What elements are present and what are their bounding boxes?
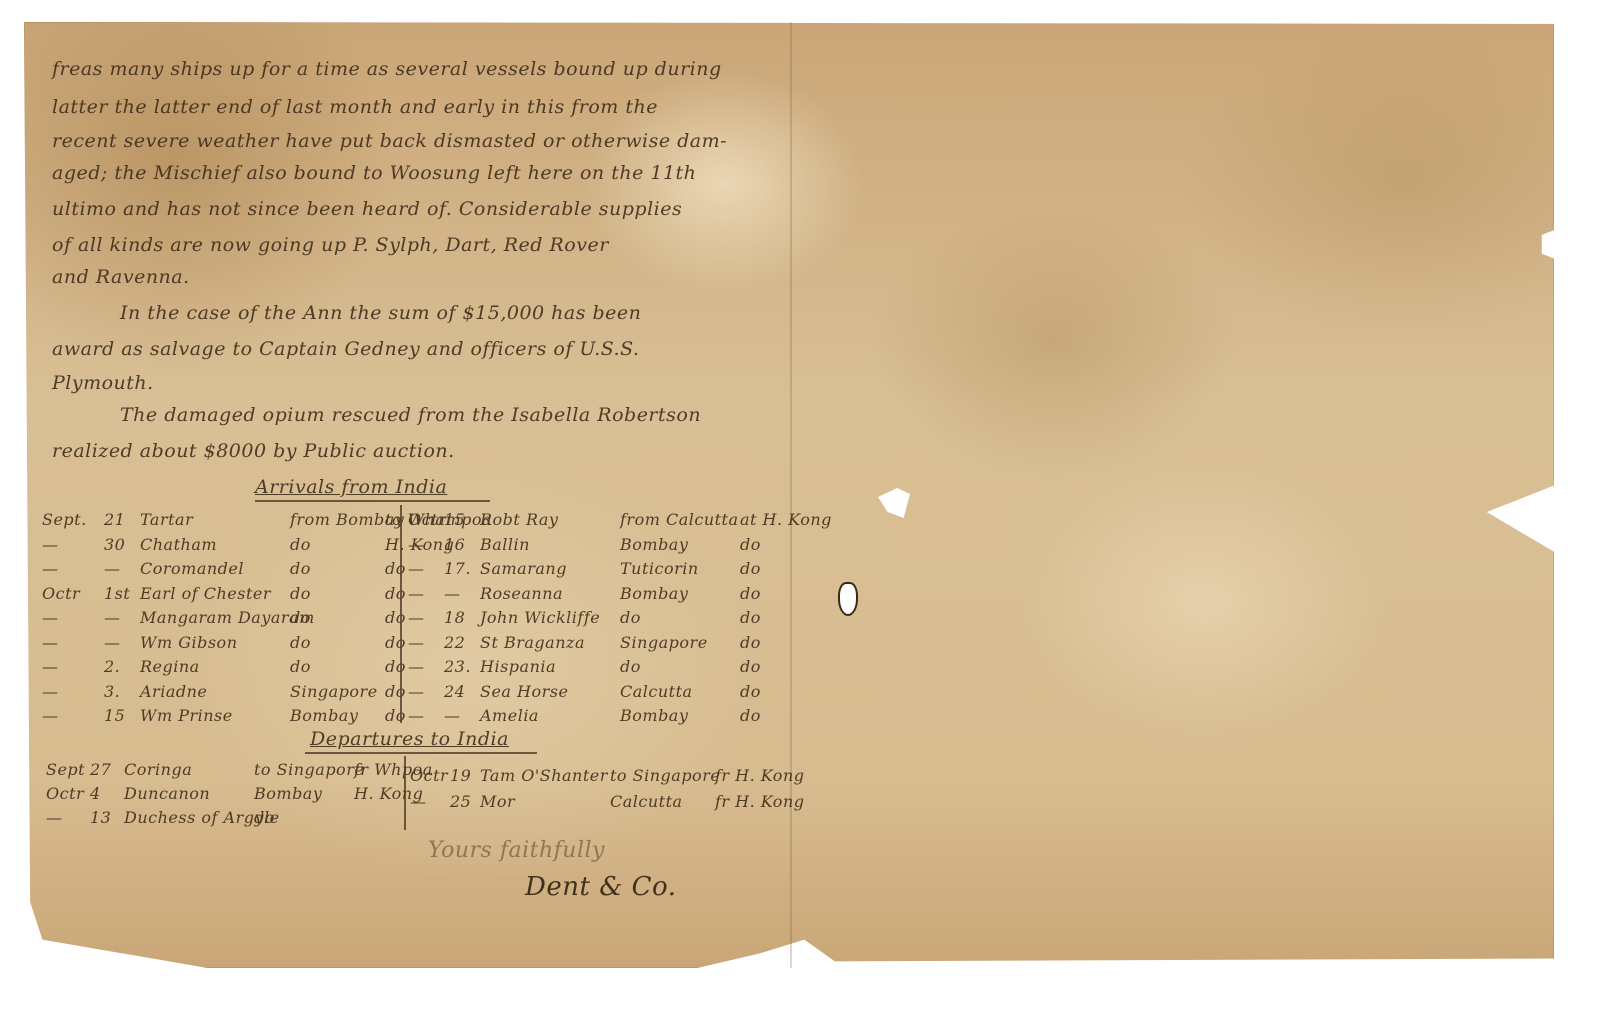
heading-rule (305, 752, 537, 754)
cell-day: 25 (450, 792, 480, 811)
cell-ship: Wm Prinse (140, 706, 290, 725)
cell-to: to Singapore (254, 760, 354, 779)
table-row: Sept27Coringato Singaporefr Whpoa (46, 760, 434, 779)
cell-day: 24 (444, 682, 480, 701)
cell-day: 13 (90, 808, 124, 827)
cell-ship: Robt Ray (480, 510, 620, 529)
cell-ship: Tartar (140, 510, 290, 529)
cell-month: Sept (46, 760, 90, 779)
cell-from: from Bombay (290, 510, 385, 529)
cell-month: Sept. (42, 510, 104, 529)
cell-to: do (740, 657, 830, 676)
cell-day: — (104, 608, 140, 627)
table-row: Octr15Robt Rayfrom Calcuttaat H. Kong (408, 510, 830, 529)
cell-day: 19 (450, 766, 480, 785)
cell-day: 1st (104, 584, 140, 603)
table-row: —18John Wickliffedodo (408, 608, 830, 627)
body-line: award as salvage to Captain Gedney and o… (52, 338, 639, 360)
cell-from: Calcutta (620, 682, 740, 701)
cell-ship: Coromandel (140, 559, 290, 578)
table-row: —23.Hispaniadodo (408, 657, 830, 676)
cell-ship: Mangaram Dayaram (140, 608, 290, 627)
cell-to: to Singapore (610, 766, 715, 785)
departures-heading: Departures to India (310, 728, 509, 750)
cell-month: — (410, 792, 450, 811)
cell-ship: John Wickliffe (480, 608, 620, 627)
cell-ship: Samarang (480, 559, 620, 578)
cell-to: Calcutta (610, 792, 715, 811)
table-row: Octr1stEarl of Chesterdodo (42, 584, 465, 603)
cell-from: do (620, 657, 740, 676)
cell-day: 4 (90, 784, 124, 803)
cell-ship: Ariadne (140, 682, 290, 701)
table-row: —22St BraganzaSingaporedo (408, 633, 830, 652)
cell-month: — (408, 682, 444, 701)
cell-month: Octr (410, 766, 450, 785)
heading-rule (255, 500, 490, 502)
cell-ship: Amelia (480, 706, 620, 725)
cell-ship: Tam O'Shanter (480, 766, 610, 785)
cell-from: Singapore (620, 633, 740, 652)
cell-day: — (444, 584, 480, 603)
cell-day: 27 (90, 760, 124, 779)
cell-ship: Earl of Chester (140, 584, 290, 603)
cell-day: — (104, 633, 140, 652)
table-row: —25MorCalcuttafr H. Kong (410, 792, 795, 811)
table-row: Octr19Tam O'Shanterto Singaporefr H. Kon… (410, 766, 795, 785)
cell-from: do (290, 559, 385, 578)
cell-month: — (408, 608, 444, 627)
body-line: In the case of the Ann the sum of $15,00… (120, 302, 641, 324)
cell-to: do (740, 633, 830, 652)
cell-day: 17. (444, 559, 480, 578)
cell-day: 15 (104, 706, 140, 725)
table-row: ——Coromandeldodo (42, 559, 465, 578)
cell-day: 18 (444, 608, 480, 627)
cell-to: do (740, 559, 830, 578)
cell-day: 21 (104, 510, 140, 529)
table-row: —2.Reginadodo (42, 657, 465, 676)
body-line: of all kinds are now going up P. Sylph, … (52, 234, 609, 256)
cell-month: — (408, 706, 444, 725)
table-row: —17.SamarangTuticorindo (408, 559, 830, 578)
table-row: —30ChathamdoH. Kong (42, 535, 465, 554)
cell-to: do (254, 808, 354, 827)
table-row: —3.AriadneSingaporedo (42, 682, 465, 701)
table-row: ——Wm Gibsondodo (42, 633, 465, 652)
cell-to: do (740, 608, 830, 627)
cell-month: Octr (46, 784, 90, 803)
cell-from: do (290, 535, 385, 554)
cell-month: — (46, 808, 90, 827)
cell-from: do (290, 584, 385, 603)
body-line: recent severe weather have put back dism… (52, 130, 727, 152)
arrivals-heading: Arrivals from India (255, 476, 447, 498)
cell-to: do (740, 584, 830, 603)
cell-day: 23. (444, 657, 480, 676)
cell-from: from Calcutta (620, 510, 740, 529)
cell-from: fr H. Kong (715, 766, 795, 785)
table-row: Octr4DuncanonBombayH. Kong (46, 784, 434, 803)
cell-day: — (444, 706, 480, 725)
table-row: ——RoseannaBombaydo (408, 584, 830, 603)
cell-from: fr H. Kong (715, 792, 795, 811)
cell-day: 30 (104, 535, 140, 554)
body-line: Plymouth. (52, 372, 154, 394)
cell-day: 3. (104, 682, 140, 701)
cell-ship: Duchess of Argyle (124, 808, 254, 827)
cell-month: — (42, 535, 104, 554)
cell-to: Bombay (254, 784, 354, 803)
cell-ship: Coringa (124, 760, 254, 779)
cell-from: do (290, 608, 385, 627)
cell-to: at H. Kong (740, 510, 830, 529)
cell-to: do (740, 535, 830, 554)
cell-from: Tuticorin (620, 559, 740, 578)
cell-month: — (408, 633, 444, 652)
cell-month: — (42, 657, 104, 676)
cell-to: do (740, 706, 830, 725)
cell-from: Bombay (620, 535, 740, 554)
body-line: freas many ships up for a time as severa… (52, 58, 722, 80)
table-row: —13Duchess of Argyledo (46, 808, 434, 827)
cell-from: do (620, 608, 740, 627)
table-row: ——AmeliaBombaydo (408, 706, 830, 725)
cell-month: — (408, 584, 444, 603)
cell-ship: Hispania (480, 657, 620, 676)
cell-from: do (290, 657, 385, 676)
cell-month: Octr (408, 510, 444, 529)
cell-from: Bombay (620, 706, 740, 725)
cell-from: Bombay (290, 706, 385, 725)
body-line: and Ravenna. (52, 266, 190, 288)
cell-month: Octr (42, 584, 104, 603)
cell-month: — (42, 633, 104, 652)
cell-ship: Roseanna (480, 584, 620, 603)
cell-ship: Mor (480, 792, 610, 811)
cell-ship: Wm Gibson (140, 633, 290, 652)
body-line: ultimo and has not since been heard of. … (52, 198, 682, 220)
cell-from: do (290, 633, 385, 652)
cell-month: — (408, 559, 444, 578)
body-line: latter the latter end of last month and … (52, 96, 658, 118)
cell-ship: Ballin (480, 535, 620, 554)
cell-month: — (408, 657, 444, 676)
cell-ship: Duncanon (124, 784, 254, 803)
table-row: Sept.21Tartarfrom Bombayto Whampoa (42, 510, 465, 529)
table-row: ——Mangaram Dayaramdodo (42, 608, 465, 627)
cell-month: — (42, 706, 104, 725)
cell-ship: Regina (140, 657, 290, 676)
cell-month: — (42, 608, 104, 627)
table-row: —15Wm PrinseBombaydo (42, 706, 465, 725)
signature: Dent & Co. (525, 872, 676, 902)
letter-body: freas many ships up for a time as severa… (0, 0, 1600, 1014)
cell-month: — (42, 682, 104, 701)
body-line: realized about $8000 by Public auction. (52, 440, 455, 462)
cell-ship: Chatham (140, 535, 290, 554)
cell-ship: St Braganza (480, 633, 620, 652)
body-line: The damaged opium rescued from the Isabe… (120, 404, 701, 426)
cell-month: — (42, 559, 104, 578)
table-row: —24Sea HorseCalcuttado (408, 682, 830, 701)
cell-from: Singapore (290, 682, 385, 701)
cell-to: do (740, 682, 830, 701)
cell-day: 15 (444, 510, 480, 529)
table-row: —16BallinBombaydo (408, 535, 830, 554)
cell-day: 2. (104, 657, 140, 676)
cell-month: — (408, 535, 444, 554)
cell-day: — (104, 559, 140, 578)
cell-day: 16 (444, 535, 480, 554)
cell-day: 22 (444, 633, 480, 652)
closing-salutation: Yours faithfully (428, 838, 605, 863)
cell-from: Bombay (620, 584, 740, 603)
cell-ship: Sea Horse (480, 682, 620, 701)
body-line: aged; the Mischief also bound to Woosung… (52, 162, 696, 184)
